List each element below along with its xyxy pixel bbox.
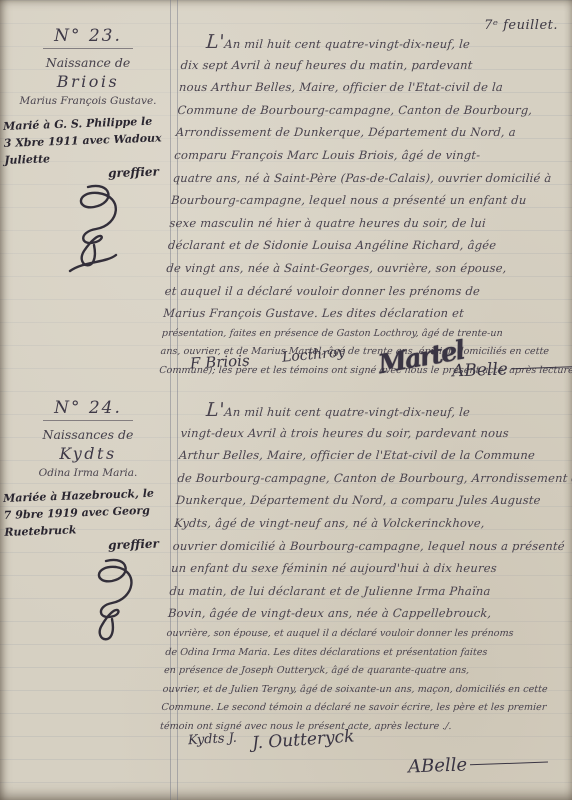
acte-line: comparu François Marc Louis Briois, âgé …	[174, 144, 558, 167]
marriage-note-line: Ruetebruck	[4, 523, 76, 539]
acte-line: Bourbourg-campagne, lequel nous a présen…	[170, 189, 554, 212]
marriage-margin-note: Marié à G. S. Philippe le 3 Xbre 1911 av…	[3, 112, 173, 186]
record-type-label: Naissance de	[4, 55, 172, 70]
surname-label: Kydts	[4, 444, 172, 463]
acte-line: L'An mil huit cent quatre-vingt-dix-neuf…	[181, 399, 565, 422]
acte-line: un enfant du sexe féminin né aujourd'hui…	[170, 557, 554, 580]
acte-line: Bovin, âgée de vingt-deux ans, née à Cap…	[167, 602, 551, 625]
acte-23-text: L'An mil huit cent quatre-vingt-dix-neuf…	[159, 31, 565, 381]
acte-line: sexe masculin né hier à quatre heures du…	[169, 212, 553, 235]
signature-mayor: ABelle	[452, 357, 572, 382]
acte-line: Commune. Le second témoin a déclaré ne s…	[161, 699, 544, 718]
signature-father: F Briois	[190, 351, 251, 372]
acte-23-signatures: F Briois Locthroy Martel ABelle	[0, 345, 572, 405]
acte-line: quatre ans, né à Saint-Père (Pas-de-Cala…	[172, 167, 556, 190]
acte-line: ouvrière, son épouse, et auquel il a déc…	[166, 625, 549, 644]
acte-line: Arthur Belles, Maire, officier de l'Etat…	[178, 444, 562, 467]
surname-label: Briois	[4, 72, 172, 91]
acte-line: L'An mil huit cent quatre-vingt-dix-neuf…	[181, 31, 565, 54]
acte-line: de Bourbourg-campagne, Canton de Bourbou…	[177, 467, 561, 490]
acte-line: du matin, de lui déclarant et de Julienn…	[169, 580, 553, 603]
registry-page: 7ᵉ feuillet. N° 23. Naissance de Briois …	[0, 0, 572, 800]
acte-line: et auquel il a déclaré vouloir donner le…	[164, 280, 548, 303]
acte-line: Dunkerque, Département du Nord, a compar…	[175, 489, 559, 512]
signature-father: Kydts J.	[188, 731, 238, 749]
acte-number: N° 23.	[43, 26, 133, 49]
marriage-note-line: 7 9bre 1919 avec Georg	[4, 504, 151, 522]
record-type-label: Naissances de	[4, 427, 172, 442]
acte-line: ouvrier domicilié à Bourbourg-campagne, …	[172, 535, 556, 558]
acte-line: ouvrier, et de Julien Tergny, âgé de soi…	[162, 681, 545, 700]
acte-line: Marius François Gustave. Les dites décla…	[162, 302, 546, 325]
signature-witness-1: Locthroy	[281, 344, 345, 365]
acte-24-signatures: Kydts J. J. Outteryck ABelle	[0, 728, 572, 798]
marriage-note-line: 3 Xbre 1911 avec Wadoux	[4, 131, 162, 150]
acte-line: déclarant et de Sidonie Louisa Angéline …	[167, 234, 551, 257]
paraph-flourish-icon	[4, 555, 172, 651]
acte-line: dix sept Avril à neuf heures du matin, p…	[180, 54, 564, 77]
acte-line: de vingt ans, née à Saint-Georges, ouvri…	[166, 257, 550, 280]
margin-block-acte-23: N° 23. Naissance de Briois Marius Franço…	[4, 26, 172, 279]
given-names-label: Marius François Gustave.	[4, 95, 172, 107]
marriage-margin-note: Mariée à Hazebrouck, le 7 9bre 1919 avec…	[3, 484, 173, 558]
acte-line: de Odina Irma Maria. Les dites déclarati…	[165, 644, 548, 663]
signature-mayor: ABelle	[408, 752, 549, 778]
marriage-note-line: Mariée à Hazebrouck, le	[3, 487, 154, 505]
marriage-note-line: Marié à G. S. Philippe le	[3, 115, 153, 133]
acte-line: nous Arthur Belles, Maire, officier de l…	[178, 76, 562, 99]
marriage-note-line: Juliette	[4, 152, 50, 167]
acte-line: Arrondissement de Dunkerque, Département…	[175, 121, 559, 144]
acte-line: Kydts, âgé de vingt-neuf ans, né à Volck…	[174, 512, 558, 535]
acte-line: en présence de Joseph Outteryck, âgé de …	[163, 662, 546, 681]
paraph-flourish-icon	[4, 183, 172, 279]
margin-block-acte-24: N° 24. Naissances de Kydts Odina Irma Ma…	[4, 398, 172, 651]
acte-line: vingt-deux Avril à trois heures du soir,…	[180, 422, 564, 445]
acte-number: N° 24.	[43, 398, 133, 421]
acte-line: présentation, faites en présence de Gast…	[161, 325, 544, 344]
acte-line: Commune de Bourbourg-campagne, Canton de…	[177, 99, 561, 122]
signature-witness-1: J. Outteryck	[251, 726, 355, 753]
given-names-label: Odina Irma Maria.	[4, 467, 172, 479]
acte-24-text: L'An mil huit cent quatre-vingt-dix-neuf…	[159, 399, 565, 737]
